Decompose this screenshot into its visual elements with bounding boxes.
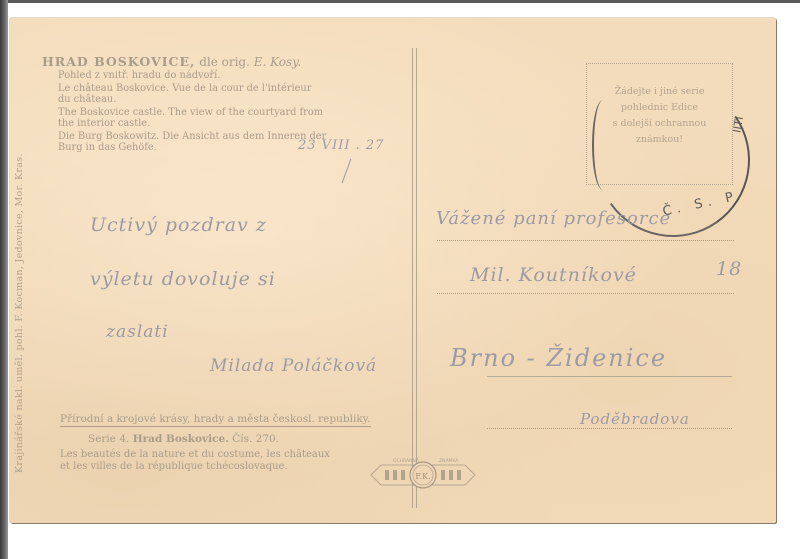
- scan-top-edge: [0, 0, 800, 3]
- address-dotted-line-4: [487, 428, 732, 429]
- french-footer-line-1: Les beautés de la nature et du costume, …: [60, 449, 330, 461]
- house-number: 18: [716, 258, 742, 280]
- date-slash-mark: [342, 159, 352, 184]
- title-author: E. Kosy.: [254, 55, 301, 69]
- serie-prefix: Serie 4.: [88, 433, 133, 445]
- french-footer-line-2: et les villes de la république tchécoslo…: [60, 461, 330, 473]
- city-underline: [487, 376, 732, 377]
- address-line-1: Vážené paní profesorce: [436, 208, 671, 229]
- title-dle: dle orig.: [195, 55, 253, 69]
- caption-english-2: the interior castle.: [58, 118, 150, 129]
- center-divider: [412, 48, 417, 508]
- svg-text:ZNÁMKA: ZNÁMKA: [439, 457, 459, 464]
- svg-text:OCHRANNÁ: OCHRANNÁ: [393, 457, 420, 464]
- address-street: Poděbradova: [580, 410, 690, 428]
- serie-title: Hrad Boskovice.: [133, 433, 229, 445]
- french-footer: Les beautés de la nature et du costume, …: [60, 449, 330, 472]
- card-title: HRAD BOSKOVICE, dle orig. E. Kosy.: [42, 54, 301, 69]
- caption-french-1: Le château Boskovice. Vue de la cour de …: [58, 83, 311, 94]
- address-dotted-line-2: [437, 293, 734, 294]
- caption-czech: Pohled z vnitř. hradu do nádvoří.: [58, 70, 220, 81]
- postcard: Krajinářské nakl. uměl. pohl. F. Kocman,…: [10, 18, 776, 523]
- scan-left-edge: [0, 0, 8, 559]
- series-heading: Přírodní a krojové krásy, hrady a města …: [60, 413, 371, 427]
- caption-german-1: Die Burg Boskowitz. Die Ansicht aus dem …: [58, 131, 326, 142]
- message-line-2: výletu dovoluje si: [90, 268, 276, 290]
- postmark-ring-left: [592, 100, 614, 190]
- title-bold: HRAD BOSKOVICE,: [42, 54, 195, 69]
- handwritten-date: 23 VIII . 27: [298, 138, 384, 153]
- message-line-1: Uctivý pozdrav z: [90, 214, 267, 236]
- serie-number: Čís. 270.: [229, 433, 279, 445]
- address-line-2: Mil. Koutníkové: [470, 264, 637, 286]
- emblem-icon: F.K. OCHRANNÁ ZNÁMKA: [367, 455, 479, 495]
- caption-english-1: The Boskovice castle. The view of the co…: [58, 107, 323, 118]
- publisher-vertical-text: Krajinářské nakl. uměl. pohl. F. Kocman,…: [14, 153, 25, 473]
- caption-french-2: du château.: [58, 94, 116, 105]
- svg-text:F.K.: F.K.: [415, 472, 430, 481]
- address-city: Brno - Židenice: [450, 344, 667, 372]
- address-dotted-line-1: [437, 240, 734, 241]
- signature: Milada Poláčková: [210, 356, 377, 376]
- protective-mark-emblem: F.K. OCHRANNÁ ZNÁMKA: [367, 455, 479, 495]
- message-line-3: zaslati: [106, 322, 169, 342]
- caption-german-2: Burg in das Gehöfe.: [58, 142, 157, 153]
- serie-line: Serie 4. Hrad Boskovice. Čís. 270.: [88, 433, 279, 445]
